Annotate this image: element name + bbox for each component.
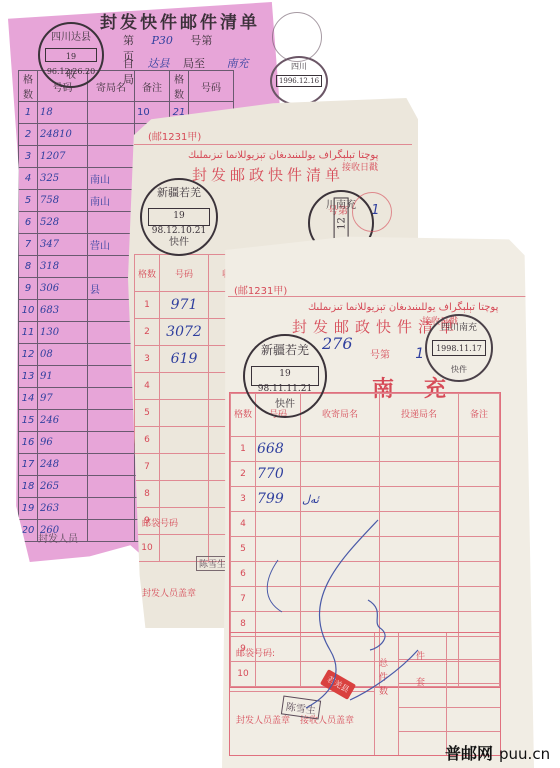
- pen-scribble: [0, 0, 560, 768]
- site-watermark: 普邮网puu.cn: [445, 741, 550, 764]
- watermark-en: puu.cn: [499, 745, 550, 763]
- watermark-cn: 普邮网: [445, 744, 493, 763]
